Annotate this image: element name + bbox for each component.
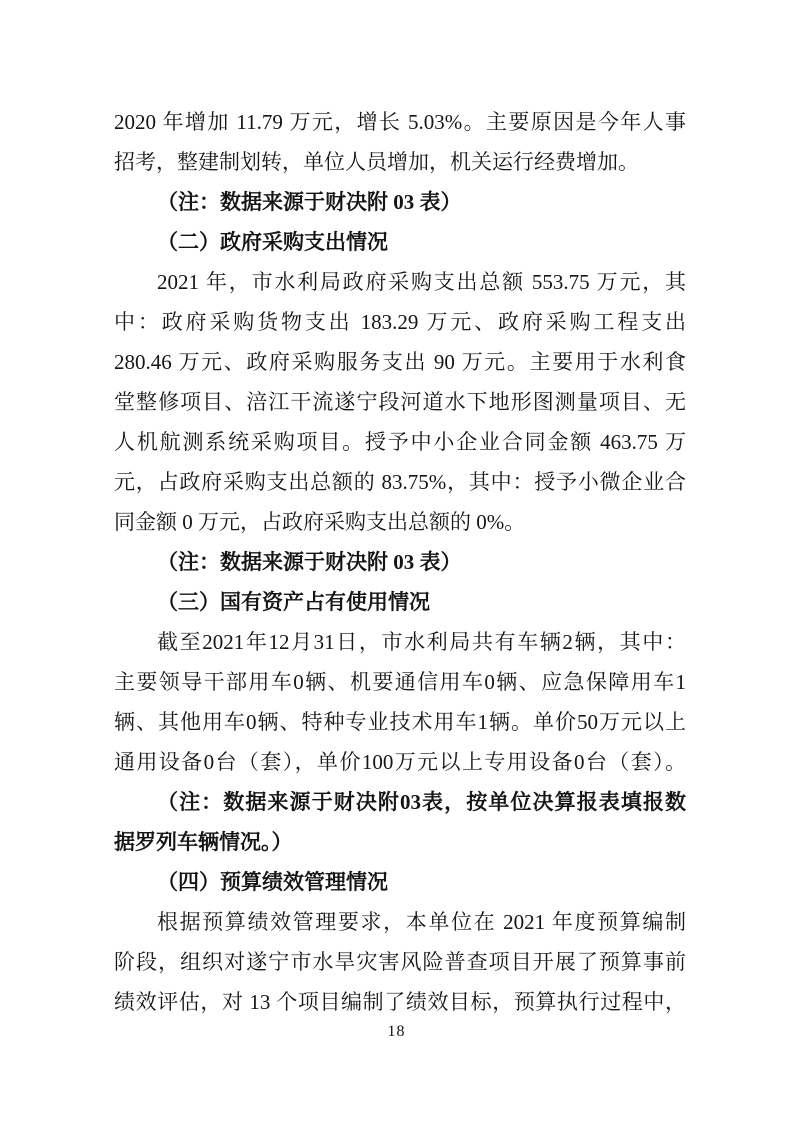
section-heading-government-procurement: （二）政府采购支出情况 bbox=[114, 222, 686, 262]
text-line: 根据预算绩效管理要求，本单位在 2021 年度预算编制 bbox=[114, 902, 686, 942]
note-data-source-1: （注：数据来源于财决附 03 表） bbox=[114, 182, 686, 222]
text-line: 通用设备0台（套），单价100万元以上专用设备0台（套）。 bbox=[114, 742, 686, 782]
text-line: 280.46 万元、政府采购服务支出 90 万元。主要用于水利食 bbox=[114, 342, 686, 382]
text-line: 辆、其他用车0辆、特种专业技术用车1辆。单价50万元以上 bbox=[114, 702, 686, 742]
section-heading: （二）政府采购支出情况 bbox=[114, 222, 686, 262]
text-line: 阶段，组织对遂宁市水旱灾害风险普查项目开展了预算事前 bbox=[114, 942, 686, 982]
text-line: 2021 年，市水利局政府采购支出总额 553.75 万元，其 bbox=[114, 262, 686, 302]
page-body-text: 2020 年增加 11.79 万元，增长 5.03%。主要原因是今年人事 招考，… bbox=[114, 102, 686, 1022]
text-line: 元，占政府采购支出总额的 83.75%，其中：授予小微企业合 bbox=[114, 462, 686, 502]
text-line: 堂整修项目、涪江干流遂宁段河道水下地形图测量项目、无 bbox=[114, 382, 686, 422]
text-line: 招考，整建制划转，单位人员增加，机关运行经费增加。 bbox=[114, 142, 686, 182]
note-line: （注：数据来源于财决附03表，按单位决算报表填报数 bbox=[114, 782, 686, 822]
text-line: 绩效评估，对 13 个项目编制了绩效目标，预算执行过程中， bbox=[114, 982, 686, 1022]
note-data-source-2: （注：数据来源于财决附 03 表） bbox=[114, 542, 686, 582]
text-line: 中：政府采购货物支出 183.29 万元、政府采购工程支出 bbox=[114, 302, 686, 342]
note-line: 据罗列车辆情况。） bbox=[114, 822, 686, 862]
section-heading: （三）国有资产占有使用情况 bbox=[114, 582, 686, 622]
text-line: 截至2021年12月31日，市水利局共有车辆2辆，其中： bbox=[114, 622, 686, 662]
text-line: 同金额 0 万元，占政府采购支出总额的 0%。 bbox=[114, 502, 686, 542]
text-line: 2020 年增加 11.79 万元，增长 5.03%。主要原因是今年人事 bbox=[114, 102, 686, 142]
section-heading-state-assets: （三）国有资产占有使用情况 bbox=[114, 582, 686, 622]
para-procurement-detail: 2021 年，市水利局政府采购支出总额 553.75 万元，其 中：政府采购货物… bbox=[114, 262, 686, 542]
section-heading: （四）预算绩效管理情况 bbox=[114, 862, 686, 902]
note-data-source-3: （注：数据来源于财决附03表，按单位决算报表填报数 据罗列车辆情况。） bbox=[114, 782, 686, 862]
text-line: 人机航测系统采购项目。授予中小企业合同金额 463.75 万 bbox=[114, 422, 686, 462]
document-page: 2020 年增加 11.79 万元，增长 5.03%。主要原因是今年人事 招考，… bbox=[0, 0, 793, 1122]
text-line: 主要领导干部用车0辆、机要通信用车0辆、应急保障用车1 bbox=[114, 662, 686, 702]
note-line: （注：数据来源于财决附 03 表） bbox=[114, 542, 686, 582]
section-heading-budget-performance: （四）预算绩效管理情况 bbox=[114, 862, 686, 902]
page-footer: 18 bbox=[0, 1021, 793, 1043]
para-performance-detail: 根据预算绩效管理要求，本单位在 2021 年度预算编制 阶段，组织对遂宁市水旱灾… bbox=[114, 902, 686, 1022]
para-assets-detail: 截至2021年12月31日，市水利局共有车辆2辆，其中： 主要领导干部用车0辆、… bbox=[114, 622, 686, 782]
para-expense-increase: 2020 年增加 11.79 万元，增长 5.03%。主要原因是今年人事 招考，… bbox=[114, 102, 686, 182]
note-line: （注：数据来源于财决附 03 表） bbox=[114, 182, 686, 222]
page-number: 18 bbox=[388, 1023, 406, 1040]
